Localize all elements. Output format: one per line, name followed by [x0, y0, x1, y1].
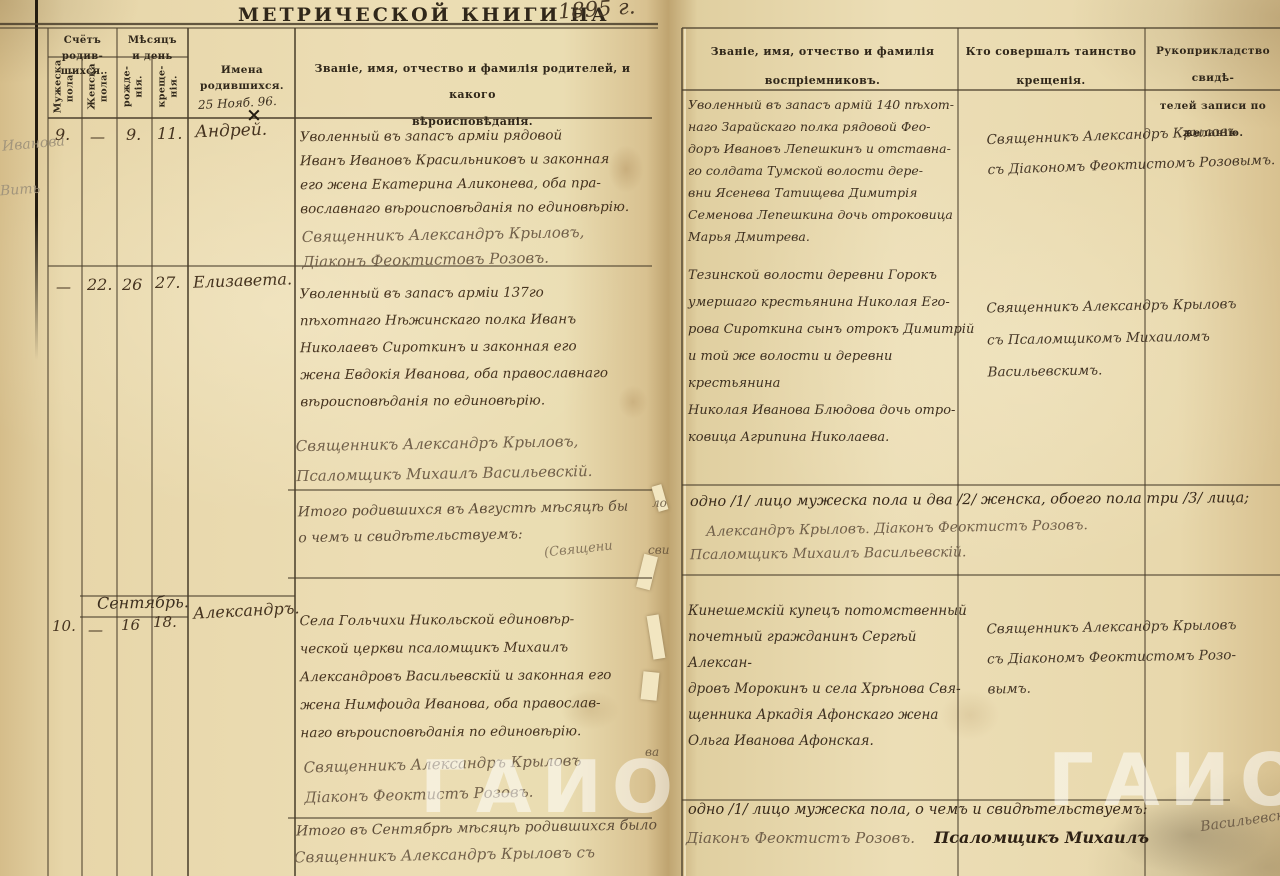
- book-title: МЕТРИЧЕСКОЙ КНИГИ НА: [238, 1, 558, 30]
- entry2-count-male: —: [56, 278, 71, 296]
- fold-fragment-1: ло: [652, 496, 667, 510]
- august-summary-left: Итого родившихся въ Августѣ мѣсяцѣ бы о …: [298, 493, 679, 552]
- entry1-day-baptized: 11.: [157, 124, 182, 143]
- entry3-parents: Села Гольчихи Никольской единовѣр- ческо…: [300, 605, 653, 747]
- header-day-born: рожде- нія.: [122, 58, 147, 114]
- header-names: Имена родившихся.: [191, 62, 293, 95]
- margin-note-2: Вить: [0, 181, 41, 200]
- archive-watermark-right: ГАИО: [1048, 738, 1280, 822]
- entry1-day-born: 9.: [126, 125, 141, 144]
- september-summary-signatures: Діаконъ Феоктистъ Розовъ. Псаломщикъ Мих…: [686, 828, 1149, 847]
- entry1-parents-signature: Священникъ Александръ Крыловъ, Діаконъ Ф…: [302, 219, 643, 275]
- entry2-day-born: 26: [122, 275, 142, 294]
- entry2-godparents: Тезинской волости деревни Горокъ умершаг…: [688, 262, 980, 451]
- entry1-priest: Священникъ Александръ Крыловъ съ Діаконо…: [986, 115, 1280, 185]
- header-count-male: Мужеска пола.: [53, 58, 78, 114]
- header-priest: Кто совершалъ таинство крещенія.: [965, 38, 1137, 95]
- header-day-baptized: креще- нія.: [157, 58, 182, 114]
- entry3-count-male: 10.: [52, 617, 76, 635]
- header-godparents: Званіе, имя, отчество и фамилія воспріем…: [700, 38, 945, 95]
- entry2-name: Елизавета.: [193, 269, 293, 291]
- entry1-count-male: 9.: [55, 125, 70, 144]
- header-count-female: Женска пола.: [87, 58, 112, 114]
- entry3-day-baptized: 18.: [153, 613, 177, 631]
- entry2-count-female: 22.: [87, 275, 112, 294]
- entry2-parents-signature: Священникъ Александръ Крыловъ, Псаломщик…: [296, 425, 657, 491]
- archive-watermark-center: ГАИО: [420, 745, 683, 829]
- entry2-priest: Священникъ Александръ Крыловъ съ Псаломщ…: [986, 288, 1273, 389]
- entry3-godparents: Кинешемскій купецъ потомственный почетны…: [688, 598, 980, 754]
- entry1-name: Андрей.: [195, 120, 268, 143]
- entry3-day-born: 16: [121, 616, 140, 634]
- entry3-month-label: Сентябрь.: [97, 592, 189, 613]
- entry1-godparents: Уволенный въ запасъ армій 140 пѣхот- наг…: [688, 94, 980, 248]
- entry1-count-female: —: [90, 128, 105, 146]
- fold-fragment-2: сви: [648, 543, 669, 557]
- september-summary-sign-deacon: Діаконъ Феоктистъ Розовъ.: [686, 829, 915, 847]
- entry1-parents: Уволенный въ запасъ арміи рядовой Иванъ …: [300, 123, 653, 221]
- entry3-count-female: —: [88, 621, 103, 639]
- metrical-book-scan: МЕТРИЧЕСКОЙ КНИГИ НА 1895 г. Иванова Вит…: [0, 0, 1280, 876]
- entry2-day-baptized: 27.: [155, 273, 180, 292]
- entry2-parents: Уволенный въ запасъ арміи 137го пѣхотнаг…: [300, 279, 653, 416]
- entry3-priest: Священникъ Александръ Крыловъ съ Діаконо…: [986, 610, 1273, 705]
- september-summary-sign-psalmist: Псаломщикъ Михаилъ: [934, 828, 1149, 847]
